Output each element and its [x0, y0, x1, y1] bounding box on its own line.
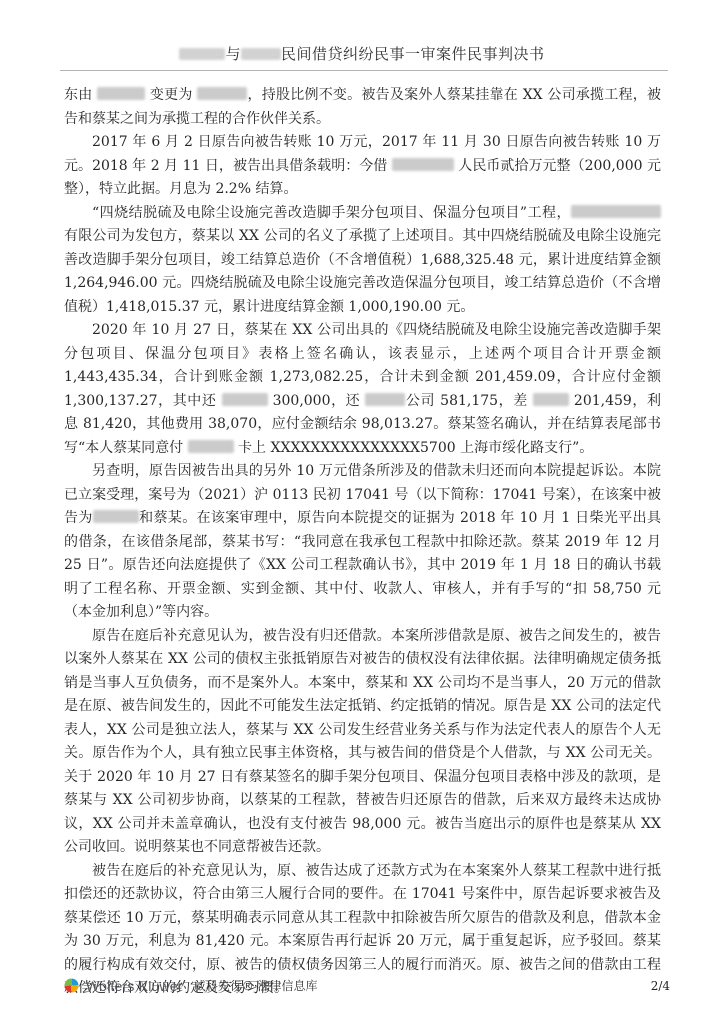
redacted-text: [365, 393, 405, 406]
judgment-document-page: 与民间借贷纠纷民事一审案件民事判决书 东由 变更为 ，持股比例不变。被告及案外人…: [0, 0, 724, 1024]
wolters-kluwer-logo-icon: [64, 978, 79, 993]
redacted-text: [222, 393, 268, 406]
paragraph: 2017 年 6 月 2 日原告向被告转账 10 万元，2017 年 11 月 …: [64, 131, 661, 202]
brand-name: Wolters Kluwer: [86, 978, 183, 994]
page-number: 2/4: [651, 979, 670, 993]
redacted-text: [571, 205, 661, 218]
redacted-text: [533, 393, 569, 406]
redacted-text: [392, 158, 454, 171]
redacted-text: [179, 48, 225, 60]
header-divider: [60, 70, 668, 71]
redacted-text: [188, 440, 234, 453]
document-footer: Wolters Kluwer 威科先行®·法律信息库 2/4: [64, 977, 670, 994]
redacted-text: [197, 87, 247, 100]
paragraph: 东由 变更为 ，持股比例不变。被告及案外人蔡某挂靠在 XX 公司承揽工程，被告和…: [64, 84, 661, 131]
brand-product-name: 威科先行®·法律信息库: [194, 977, 318, 994]
redacted-text: [93, 510, 139, 523]
paragraph: 另查明，原告因被告出具的另外 10 万元借条所涉及的借款未归还而向本院提起诉讼。…: [64, 460, 661, 625]
redacted-text: [97, 87, 145, 100]
document-body: 东由 变更为 ，持股比例不变。被告及案外人蔡某挂靠在 XX 公司承揽工程，被告和…: [0, 84, 724, 1001]
paragraph: “四烧结脱硫及电除尘设施完善改造脚手架分包项目、保温分包项目”工程， 有限公司为…: [64, 202, 661, 320]
redacted-text: [241, 48, 281, 60]
document-title: 与民间借贷纠纷民事一审案件民事判决书: [0, 44, 724, 64]
paragraph: 2020 年 10 月 27 日，蔡某在 XX 公司出具的《四烧结脱硫及电除尘设…: [64, 319, 661, 460]
document-header: 与民间借贷纠纷民事一审案件民事判决书: [0, 0, 724, 71]
paragraph: 原告在庭后补充意见认为，被告没有归还借款。本案所涉借款是原、被告之间发生的，被告…: [64, 625, 661, 860]
wolters-kluwer-brand: Wolters Kluwer 威科先行®·法律信息库: [64, 977, 318, 994]
